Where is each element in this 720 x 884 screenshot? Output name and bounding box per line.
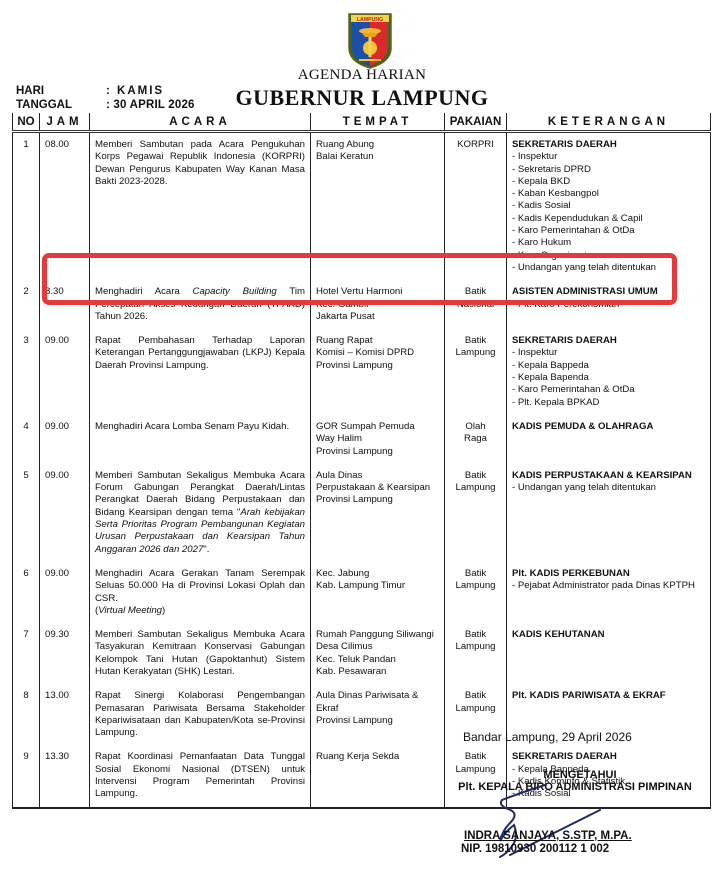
keterangan-item: - Karo Hukum (512, 237, 705, 249)
keterangan-head: KADIS PERPUSTAKAAN & KEARSIPAN (512, 470, 705, 482)
cell-acara: Rapat Koordinasi Pemanfaatan Data Tungga… (90, 745, 311, 807)
cell-tempat: Aula DinasPerpustakaan & KearsipanProvin… (311, 464, 445, 562)
cell-no: 4 (13, 415, 40, 464)
cell-jam: 13.30 (40, 745, 90, 807)
agenda-table: NO JAM ACARA TEMPAT PAKAIAN KETERANGAN 1… (12, 113, 711, 809)
pakaian-line: Batik (450, 629, 501, 641)
cell-keterangan: KADIS PEMUDA & OLAHRAGA (507, 415, 711, 464)
cell-acara: Memberi Sambutan Sekaligus Membuka Acara… (90, 623, 311, 684)
cell-jam: 09.00 (40, 415, 90, 464)
cell-no: 1 (13, 132, 40, 281)
acara-text: Rapat Sinergi Kolaborasi Pengembangan Pe… (95, 690, 305, 738)
column-header-tempat: TEMPAT (311, 113, 445, 132)
pakaian-line: Batik (450, 751, 501, 763)
keterangan-item: - Kadis Kependudukan & Capil (512, 213, 705, 225)
day-field: HARI: KAMIS (16, 85, 164, 97)
keterangan-head: SEKRETARIS DAERAH (512, 751, 705, 763)
keterangan-head: ASISTEN ADMINISTRASI UMUM (512, 286, 705, 298)
keterangan-item: - Kepala Bapenda (512, 372, 705, 384)
keterangan-item: - Inspektur (512, 151, 705, 163)
cell-acara: Rapat Sinergi Kolaborasi Pengembangan Pe… (90, 684, 311, 745)
cell-keterangan: KADIS KEHUTANAN (507, 623, 711, 684)
cell-acara: Rapat Pembahasan Terhadap Laporan Ketera… (90, 329, 311, 415)
cell-acara: Menghadiri Acara Gerakan Tanam Serempak … (90, 562, 311, 623)
column-header-no: NO (13, 113, 40, 132)
date-label: TANGGAL (16, 99, 106, 111)
cell-jam: 08.00 (40, 132, 90, 281)
tempat-line: Kec. Gambir (316, 299, 439, 311)
cell-jam: 09.30 (40, 623, 90, 684)
cell-pakaian: BatikLampung (445, 623, 507, 684)
cell-jam: 13.00 (40, 684, 90, 745)
approval-label: MENGETAHUI (380, 769, 720, 781)
column-header-pakaian: PAKAIAN (445, 113, 507, 132)
keterangan-item: - Undangan yang telah ditentukan (512, 262, 705, 274)
acara-italic-text: Capacity Building (193, 286, 277, 297)
keterangan-item: - Kaban Kesbangpol (512, 188, 705, 200)
cell-keterangan: ASISTEN ADMINISTRASI UMUM- Plt. Karo Per… (507, 280, 711, 329)
acara-text: Rapat Pembahasan Terhadap Laporan Ketera… (95, 335, 305, 371)
pakaian-line: Nasional (450, 299, 501, 311)
acara-text: Menghadiri Acara (95, 286, 193, 297)
cell-tempat: Rumah Panggung SiliwangiDesa CilimusKec.… (311, 623, 445, 684)
cell-jam: 09.00 (40, 329, 90, 415)
pakaian-line: Batik (450, 335, 501, 347)
tempat-line: Kab. Lampung Timur (316, 580, 439, 592)
tempat-line: Ruang Abung (316, 139, 439, 151)
cell-acara: Menghadiri Acara Capacity Building Tim P… (90, 280, 311, 329)
keterangan-item: - Karo Organisasi (512, 250, 705, 262)
pakaian-line: Lampung (450, 641, 501, 653)
cell-no: 2 (13, 280, 40, 329)
cell-keterangan: KADIS PERPUSTAKAAN & KEARSIPAN- Undangan… (507, 464, 711, 562)
table-row: 309.00Rapat Pembahasan Terhadap Laporan … (13, 329, 711, 415)
place-date: Bandar Lampung, 29 April 2026 (463, 730, 632, 744)
tempat-line: Rumah Panggung Siliwangi (316, 629, 439, 641)
keterangan-item: - Karo Pemerintahan & OtDa (512, 225, 705, 237)
table-header-row: NO JAM ACARA TEMPAT PAKAIAN KETERANGAN (13, 113, 711, 132)
document-subtitle: AGENDA HARIAN (0, 67, 720, 84)
cell-tempat: Aula Dinas Pariwisata & EkrafProvinsi La… (311, 684, 445, 745)
signatory-position: Plt. KEPALA BIRO ADMINISTRASI PIMPINAN (380, 781, 720, 793)
tempat-line: Provinsi Lampung (316, 494, 439, 506)
keterangan-item: - Plt. Kepala BPKAD (512, 397, 705, 409)
pakaian-line: Batik (450, 470, 501, 482)
pakaian-line: Lampung (450, 703, 501, 715)
tempat-line: Kab. Pesawaran (316, 666, 439, 678)
cell-pakaian: BatikLampung (445, 329, 507, 415)
cell-no: 7 (13, 623, 40, 684)
tempat-line: Way Halim (316, 433, 439, 445)
table-row: 609.00Menghadiri Acara Gerakan Tanam Ser… (13, 562, 711, 623)
signatory-nip: NIP. 19810930 200112 1 002 (461, 843, 609, 855)
pakaian-line: Lampung (450, 580, 501, 592)
pakaian-line: KORPRI (450, 139, 501, 151)
cell-no: 3 (13, 329, 40, 415)
tempat-line: Provinsi Lampung (316, 446, 439, 458)
date-field: TANGGAL: 30 APRIL 2026 (16, 99, 195, 111)
tempat-line: Balai Keratun (316, 151, 439, 163)
acara-text: Menghadiri Acara Gerakan Tanam Serempak … (95, 568, 305, 604)
cell-no: 6 (13, 562, 40, 623)
cell-no: 8 (13, 684, 40, 745)
column-header-jam: JAM (40, 113, 90, 132)
tempat-line: Aula Dinas Pariwisata & Ekraf (316, 690, 439, 715)
keterangan-item: - Kadis Sosial (512, 200, 705, 212)
tempat-line: Perpustakaan & Kearsipan (316, 482, 439, 494)
acara-note: (Virtual Meeting) (95, 605, 305, 617)
cell-jam: 09.00 (40, 464, 90, 562)
cell-acara: Menghadiri Acara Lomba Senam Payu Kidah. (90, 415, 311, 464)
tempat-line: Kec. Teluk Pandan (316, 654, 439, 666)
tempat-line: Desa Cilimus (316, 641, 439, 653)
cell-no: 9 (13, 745, 40, 807)
tempat-line: Aula Dinas (316, 470, 439, 482)
cell-keterangan: SEKRETARIS DAERAH- Inspektur- Kepala Bap… (507, 329, 711, 415)
cell-keterangan: Plt. KADIS PERKEBUNAN- Pejabat Administr… (507, 562, 711, 623)
column-header-acara: ACARA (90, 113, 311, 132)
cell-tempat: Hotel Vertu HarmoniKec. GambirJakarta Pu… (311, 280, 445, 329)
cell-acara: Memberi Sambutan Sekaligus Membuka Acara… (90, 464, 311, 562)
keterangan-head: KADIS KEHUTANAN (512, 629, 705, 641)
tempat-line: Provinsi Lampung (316, 715, 439, 727)
keterangan-head: SEKRETARIS DAERAH (512, 335, 705, 347)
keterangan-item: - Kepala BKD (512, 176, 705, 188)
tempat-line: Ruang Kerja Sekda (316, 751, 439, 763)
tempat-line: Hotel Vertu Harmoni (316, 286, 439, 298)
acara-text: Rapat Koordinasi Pemanfaatan Data Tungga… (95, 751, 305, 799)
keterangan-item: - Undangan yang telah ditentukan (512, 482, 705, 494)
keterangan-head: Plt. KADIS PERKEBUNAN (512, 568, 705, 580)
keterangan-head: KADIS PEMUDA & OLAHRAGA (512, 421, 705, 433)
table-row: 28.30Menghadiri Acara Capacity Building … (13, 280, 711, 329)
acara-text: ". (203, 544, 209, 555)
pakaian-line: Batik (450, 690, 501, 702)
keterangan-item: - Sekretaris DPRD (512, 164, 705, 176)
tempat-line: Jakarta Pusat (316, 311, 439, 323)
keterangan-item: - Plt. Karo Perekonomian (512, 299, 705, 311)
table-row: 709.30Memberi Sambutan Sekaligus Membuka… (13, 623, 711, 684)
acara-text: Memberi Sambutan Sekaligus Membuka Acara… (95, 629, 305, 677)
pakaian-line: Lampung (450, 482, 501, 494)
signatory-name: INDRA SANJAYA, S.STP, M.PA. (464, 830, 632, 842)
cell-acara: Memberi Sambutan pada Acara Pengukuhan K… (90, 132, 311, 281)
date-value: : 30 APRIL 2026 (106, 99, 195, 111)
cell-tempat: Ruang RapatKomisi – Komisi DPRDProvinsi … (311, 329, 445, 415)
keterangan-item: - Karo Pemerintahan & OtDa (512, 384, 705, 396)
cell-pakaian: BatikLampung (445, 562, 507, 623)
day-label: HARI (16, 85, 106, 97)
cell-pakaian: OlahRaga (445, 415, 507, 464)
pakaian-line: Batik (450, 286, 501, 298)
day-value: : KAMIS (106, 85, 164, 97)
keterangan-item: - Inspektur (512, 347, 705, 359)
table-row: 108.00Memberi Sambutan pada Acara Penguk… (13, 132, 711, 281)
keterangan-item: - Pejabat Administrator pada Dinas KPTPH (512, 580, 705, 592)
cell-pakaian: KORPRI (445, 132, 507, 281)
pakaian-line: Raga (450, 433, 501, 445)
tempat-line: GOR Sumpah Pemuda (316, 421, 439, 433)
tempat-line: Ruang Rapat (316, 335, 439, 347)
pakaian-line: Batik (450, 568, 501, 580)
cell-jam: 09.00 (40, 562, 90, 623)
table-row: 509.00Memberi Sambutan Sekaligus Membuka… (13, 464, 711, 562)
pakaian-line: Lampung (450, 347, 501, 359)
keterangan-head: Plt. KADIS PARIWISATA & EKRAF (512, 690, 705, 702)
tempat-line: Kec. Jabung (316, 568, 439, 580)
acara-text: Memberi Sambutan pada Acara Pengukuhan K… (95, 139, 305, 187)
keterangan-head: SEKRETARIS DAERAH (512, 139, 705, 151)
cell-pakaian: BatikLampung (445, 464, 507, 562)
cell-tempat: GOR Sumpah PemudaWay HalimProvinsi Lampu… (311, 415, 445, 464)
cell-pakaian: BatikNasional (445, 280, 507, 329)
column-header-keterangan: KETERANGAN (507, 113, 711, 132)
acara-note-text: Virtual Meeting (98, 605, 162, 616)
lampung-coat-of-arms-logo: LAMPUNG (347, 12, 393, 70)
tempat-line: Komisi – Komisi DPRD (316, 347, 439, 359)
acara-text: Menghadiri Acara Lomba Senam Payu Kidah. (95, 421, 289, 432)
cell-tempat: Kec. JabungKab. Lampung Timur (311, 562, 445, 623)
cell-keterangan: SEKRETARIS DAERAH- Inspektur- Sekretaris… (507, 132, 711, 281)
table-row: 409.00Menghadiri Acara Lomba Senam Payu … (13, 415, 711, 464)
cell-no: 5 (13, 464, 40, 562)
logo-label: LAMPUNG (357, 17, 383, 23)
tempat-line: Provinsi Lampung (316, 360, 439, 372)
keterangan-item: - Kepala Bappeda (512, 360, 705, 372)
pakaian-line: Olah (450, 421, 501, 433)
cell-tempat: Ruang AbungBalai Keratun (311, 132, 445, 281)
cell-jam: 8.30 (40, 280, 90, 329)
